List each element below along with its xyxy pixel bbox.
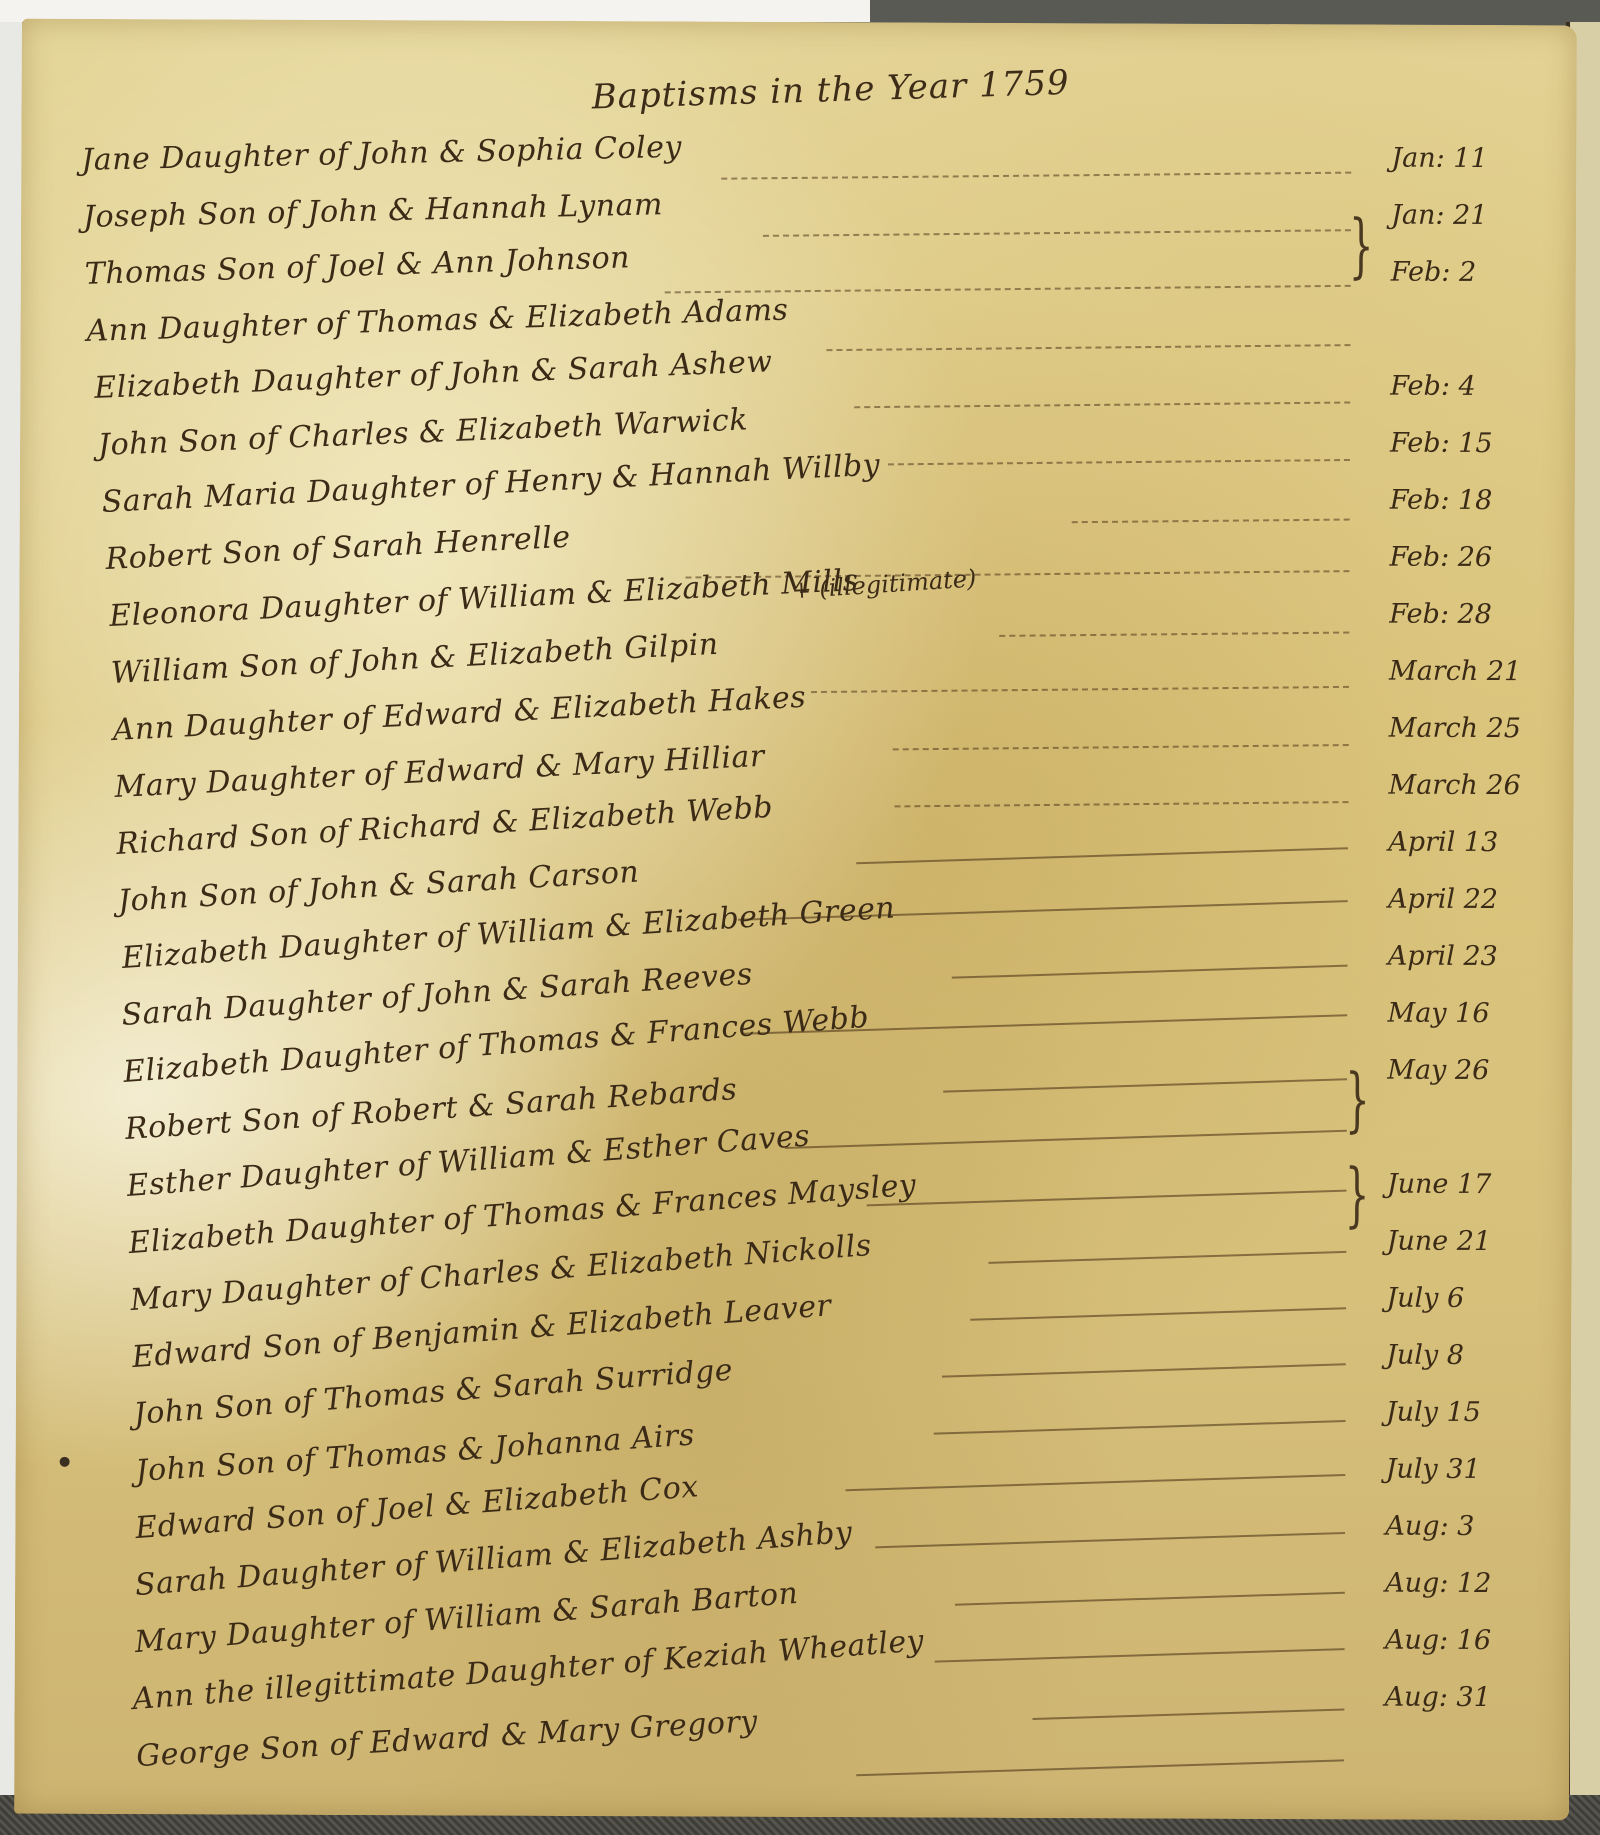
entry-rule-line [875, 1532, 1345, 1548]
baptism-entry: Ann Daughter of Thomas & Elizabeth Adams [20, 308, 1575, 369]
entry-rule-line [952, 965, 1348, 979]
entry-rule-line [1032, 1709, 1344, 1721]
baptism-entry: Mary Daughter of Edward & Mary HilliarMa… [18, 764, 1573, 825]
entry-date: March 26 [1389, 770, 1521, 802]
entry-date: Jan: 21 [1391, 200, 1487, 231]
baptism-entry: Edward Son of Benjamin & Elizabeth Leave… [16, 1334, 1571, 1395]
entry-rule-line [856, 1759, 1344, 1776]
entry-rule-line [1072, 519, 1350, 524]
entry-date: July 31 [1386, 1454, 1481, 1485]
entry-date: March 25 [1389, 713, 1521, 745]
entry-date: April 22 [1388, 884, 1498, 915]
baptism-entry: Elizabeth Daughter of John & Sarah Ashew… [20, 365, 1575, 426]
entry-rule-line [935, 1648, 1345, 1663]
baptism-entry: Joseph Son of John & Hannah LynamJan: 21 [21, 194, 1576, 255]
entry-rule-line [999, 632, 1349, 637]
baptism-entry: Jane Daughter of John & Sophia ColeyJan:… [21, 137, 1576, 198]
entry-rule-line [888, 459, 1350, 465]
entry-date: April 13 [1388, 827, 1498, 858]
entry-date: June 21 [1387, 1226, 1492, 1257]
entry-date: Aug: 12 [1385, 1568, 1491, 1599]
entry-rule-line [942, 1363, 1346, 1377]
entry-date: Feb: 26 [1390, 542, 1493, 573]
entry-rule-line [811, 686, 1349, 693]
brace-icon: } [1345, 1064, 1370, 1134]
entry-rule-line [867, 1190, 1347, 1207]
entry-rule-line [854, 401, 1350, 408]
entry-rule-line [845, 1474, 1345, 1491]
entry-date: May 16 [1388, 998, 1490, 1029]
entry-rule-line [826, 344, 1350, 351]
entry-date: Feb: 15 [1390, 428, 1493, 459]
entry-rule-line [763, 229, 1351, 237]
baptism-entry: Elizabeth Daughter of William & Elizabet… [18, 935, 1573, 996]
entry-rule-line [934, 1420, 1346, 1435]
entry-date: Feb: 18 [1390, 485, 1493, 516]
entry-date: June 17 [1387, 1169, 1492, 1200]
entry-rule-line [988, 1251, 1346, 1264]
entry-date: July 8 [1386, 1340, 1464, 1371]
baptism-entry: John Son of Thomas & Sarah SurridgeJuly … [16, 1391, 1571, 1452]
entry-name: Joseph Son of John & Hannah Lynam [83, 187, 664, 235]
entry-date: Aug: 3 [1385, 1511, 1474, 1542]
entry-name: Jane Daughter of John & Sophia Coley [81, 130, 682, 178]
entry-rule-line [894, 801, 1348, 807]
entry-date: Feb: 2 [1391, 257, 1477, 288]
entry-rule-line [785, 1130, 1347, 1149]
baptism-entry: George Son of Edward & Mary Gregory [14, 1733, 1569, 1794]
brace-icon: } [1345, 1159, 1370, 1229]
entry-date: Feb: 4 [1390, 371, 1476, 402]
baptism-entry: Richard Son of Richard & Elizabeth WebbA… [18, 821, 1573, 882]
entry-date: April 23 [1388, 941, 1498, 972]
entry-date: July 6 [1386, 1283, 1464, 1314]
entry-date: May 26 [1387, 1055, 1489, 1086]
entry-date: Feb: 28 [1389, 599, 1492, 630]
baptism-entry: Ann Daughter of Edward & Elizabeth Hakes… [19, 707, 1574, 768]
baptism-entry: Sarah Maria Daughter of Henry & Hannah W… [20, 479, 1575, 540]
entry-date: Jan: 11 [1391, 143, 1487, 174]
brace-icon: } [1349, 210, 1374, 280]
entry-date: March 21 [1389, 656, 1521, 688]
baptism-entry: Elizabeth Daughter of Thomas & Frances W… [17, 1049, 1572, 1110]
entry-rule-line [943, 1078, 1347, 1092]
entry-date: Aug: 16 [1385, 1625, 1491, 1656]
entry-rule-line [856, 847, 1348, 864]
entry-date: Aug: 31 [1385, 1682, 1491, 1713]
page-title: Baptisms in the Year 1759 [591, 63, 1070, 118]
entry-rule-line [893, 744, 1349, 750]
entry-date: July 15 [1386, 1397, 1481, 1428]
baptism-entry: Thomas Son of Joel & Ann JohnsonFeb: 2 [21, 251, 1576, 312]
entry-rule-line [955, 1592, 1345, 1606]
page-title-text: Baptisms in the Year 1759 [591, 63, 1070, 118]
entry-rule-line [970, 1307, 1346, 1320]
baptism-entry: Ann the illegittimate Daughter of Keziah… [14, 1676, 1569, 1737]
baptism-entry: John Son of Thomas & Johanna AirsJuly 31 [15, 1448, 1570, 1509]
entry-rule-line [721, 172, 1351, 180]
register-page: Baptisms in the Year 1759 Jane Daughter … [14, 19, 1577, 1821]
